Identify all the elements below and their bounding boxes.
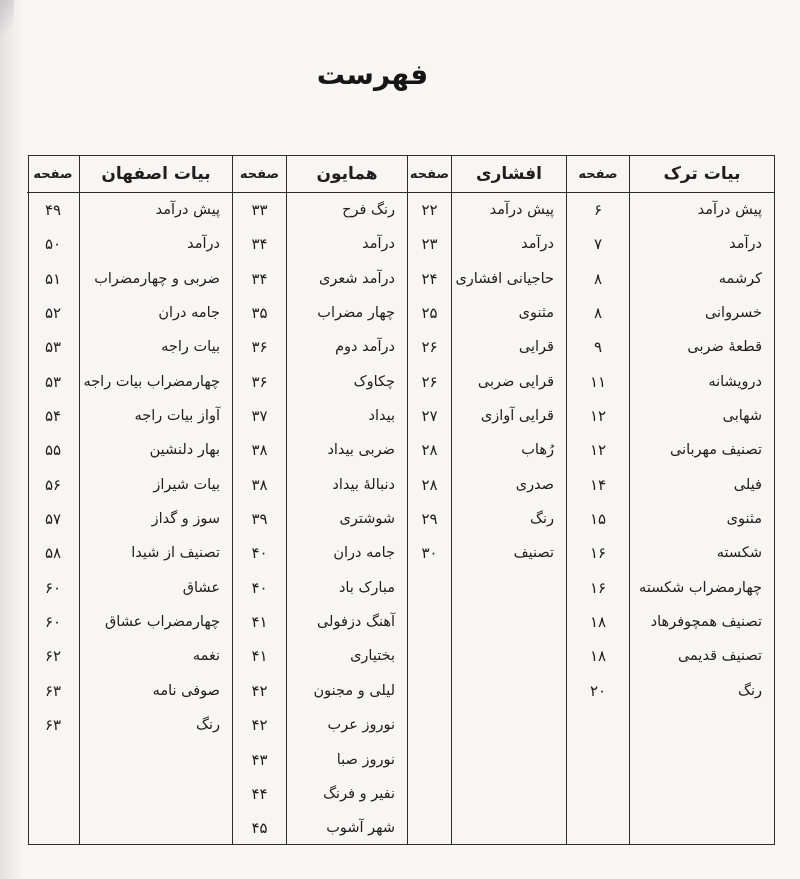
entry-name: حاجیانی افشاری bbox=[452, 262, 566, 296]
entry-page: ۸ bbox=[567, 262, 629, 296]
entry-page: ۶۰ bbox=[27, 571, 79, 605]
entry-name: مثنوی bbox=[630, 502, 774, 536]
page-title: فهرست bbox=[0, 58, 745, 91]
entry-page: ۲۲ bbox=[408, 193, 451, 227]
entry-page: ۷ bbox=[567, 227, 629, 261]
entry-name: بیداد bbox=[287, 399, 407, 433]
entry-name: تصنیف از شیدا bbox=[80, 536, 232, 570]
entry-page: ۳۶ bbox=[233, 330, 286, 364]
entry-name: مثنوی bbox=[452, 296, 566, 330]
entry-page: ۳۴ bbox=[233, 227, 286, 261]
entry-name: شکسته bbox=[630, 536, 774, 570]
entry-name: بیات شیراز bbox=[80, 468, 232, 502]
page-column-header: صفحه bbox=[408, 156, 451, 193]
entry-page: ۶۳ bbox=[27, 674, 79, 708]
entry-page: ۴۵ bbox=[233, 811, 286, 845]
entry-page: ۲۸ bbox=[408, 468, 451, 502]
entry-page: ۲۴ bbox=[408, 262, 451, 296]
entry-page: ۲۵ bbox=[408, 296, 451, 330]
entry-page: ۵۴ bbox=[27, 399, 79, 433]
entry-name: چهار مضراب bbox=[287, 296, 407, 330]
entry-page: ۲۸ bbox=[408, 433, 451, 467]
section-title: افشاری bbox=[452, 156, 566, 193]
entry-name: رنگ bbox=[80, 708, 232, 742]
entry-page: ۴۳ bbox=[233, 743, 286, 777]
entry-name: فیلی bbox=[630, 468, 774, 502]
entry-page: ۳۵ bbox=[233, 296, 286, 330]
entry-name: تصنیف bbox=[452, 536, 566, 570]
section-title: بیات ترک bbox=[630, 156, 774, 193]
entry-name: پیش درآمد bbox=[452, 193, 566, 227]
page-column-header: صفحه bbox=[567, 156, 629, 193]
section-title: بیات اصفهان bbox=[80, 156, 232, 193]
entry-name: پیش درآمد bbox=[80, 193, 232, 227]
entry-page: ۵۵ bbox=[27, 433, 79, 467]
entry-name: رنگ bbox=[630, 674, 774, 708]
entry-page: ۳۴ bbox=[233, 262, 286, 296]
entry-page: ۱۵ bbox=[567, 502, 629, 536]
entry-name: کرشمه bbox=[630, 262, 774, 296]
entry-page: ۵۷ bbox=[27, 502, 79, 536]
entry-name: رنگ فرح bbox=[287, 193, 407, 227]
toc-table: بیات ترکپیش درآمددرآمدکرشمهخسروانیقطعهٔ … bbox=[28, 155, 775, 845]
entry-page: ۱۲ bbox=[567, 399, 629, 433]
scan-corner-shadow bbox=[0, 0, 14, 40]
page-column-header: صفحه bbox=[233, 156, 286, 193]
entry-name: درویشانه bbox=[630, 365, 774, 399]
entry-name: دنبالهٔ بیداد bbox=[287, 468, 407, 502]
entry-page: ۶ bbox=[567, 193, 629, 227]
entry-name: شهر آشوب bbox=[287, 811, 407, 845]
entry-name: آهنگ دزفولی bbox=[287, 605, 407, 639]
entry-name: تصنیف همچوفرهاد bbox=[630, 605, 774, 639]
entry-page: ۲۳ bbox=[408, 227, 451, 261]
entry-name: درآمد bbox=[630, 227, 774, 261]
page-column-2: صفحه۳۳۳۴۳۴۳۵۳۶۳۶۳۷۳۸۳۸۳۹۴۰۴۰۴۱۴۱۴۲۴۲۴۳۴۴… bbox=[232, 156, 286, 844]
entry-name: بیات راجه bbox=[80, 330, 232, 364]
page-column-header: صفحه bbox=[27, 156, 79, 193]
entry-name: ضربی و چهارمضراب bbox=[80, 262, 232, 296]
entry-name: صدری bbox=[452, 468, 566, 502]
entry-page: ۳۶ bbox=[233, 365, 286, 399]
page-column-1: صفحه۲۲۲۳۲۴۲۵۲۶۲۶۲۷۲۸۲۸۲۹۳۰ bbox=[407, 156, 451, 844]
entry-page: ۵۸ bbox=[27, 536, 79, 570]
entry-name: مبارک باد bbox=[287, 571, 407, 605]
entry-page: ۵۳ bbox=[27, 365, 79, 399]
entry-page: ۴۹ bbox=[27, 193, 79, 227]
entry-page: ۴۰ bbox=[233, 571, 286, 605]
entry-page: ۹ bbox=[567, 330, 629, 364]
page-column-0: صفحه۶۷۸۸۹۱۱۱۲۱۲۱۴۱۵۱۶۱۶۱۸۱۸۲۰ bbox=[566, 156, 629, 844]
entry-page: ۴۴ bbox=[233, 777, 286, 811]
entry-name: چهارمضراب شکسته bbox=[630, 571, 774, 605]
entry-name: قرایی ضربی bbox=[452, 365, 566, 399]
section-column-2: همایونرنگ فرحدرآمددرآمد شعریچهار مضرابدر… bbox=[286, 156, 407, 844]
entry-page: ۲۰ bbox=[567, 674, 629, 708]
entry-page: ۲۶ bbox=[408, 330, 451, 364]
entry-name: پیش درآمد bbox=[630, 193, 774, 227]
entry-page: ۱۶ bbox=[567, 571, 629, 605]
entry-name: چکاوک bbox=[287, 365, 407, 399]
entry-page: ۱۲ bbox=[567, 433, 629, 467]
entry-page: ۵۱ bbox=[27, 262, 79, 296]
entry-name: تصنیف قدیمی bbox=[630, 639, 774, 673]
entry-name: نوروز عرب bbox=[287, 708, 407, 742]
section-column-1: افشاریپیش درآمددرآمدحاجیانی افشاریمثنویق… bbox=[451, 156, 566, 844]
entry-name: صوفی نامه bbox=[80, 674, 232, 708]
entry-name: قرایی آوازی bbox=[452, 399, 566, 433]
entry-name: شوشتری bbox=[287, 502, 407, 536]
entry-page: ۲۷ bbox=[408, 399, 451, 433]
entry-page: ۴۲ bbox=[233, 708, 286, 742]
entry-page: ۳۸ bbox=[233, 468, 286, 502]
entry-name: جامه دران bbox=[287, 536, 407, 570]
entry-page: ۴۱ bbox=[233, 605, 286, 639]
entry-name: نغمه bbox=[80, 639, 232, 673]
section-column-3: بیات اصفهانپیش درآمددرآمدضربی و چهارمضرا… bbox=[79, 156, 232, 844]
page-column-3: صفحه۴۹۵۰۵۱۵۲۵۳۵۳۵۴۵۵۵۶۵۷۵۸۶۰۶۰۶۲۶۳۶۳ bbox=[27, 156, 79, 844]
entry-page: ۶۰ bbox=[27, 605, 79, 639]
section-title: همایون bbox=[287, 156, 407, 193]
entry-name: درآمد bbox=[452, 227, 566, 261]
entry-name: قطعهٔ ضربی bbox=[630, 330, 774, 364]
entry-page: ۲۶ bbox=[408, 365, 451, 399]
entry-name: چهارمضراب عشاق bbox=[80, 605, 232, 639]
entry-page: ۳۰ bbox=[408, 536, 451, 570]
entry-name: بهار دلنشین bbox=[80, 433, 232, 467]
entry-page: ۸ bbox=[567, 296, 629, 330]
entry-name: چهارمضراب بیات راجه bbox=[80, 365, 232, 399]
entry-page: ۵۶ bbox=[27, 468, 79, 502]
entry-page: ۵۳ bbox=[27, 330, 79, 364]
entry-page: ۱۶ bbox=[567, 536, 629, 570]
entry-name: جامه دران bbox=[80, 296, 232, 330]
entry-name: نفیر و فرنگ bbox=[287, 777, 407, 811]
entry-page: ۶۲ bbox=[27, 639, 79, 673]
entry-page: ۶۳ bbox=[27, 708, 79, 742]
entry-page: ۱۴ bbox=[567, 468, 629, 502]
entry-page: ۳۸ bbox=[233, 433, 286, 467]
entry-page: ۱۸ bbox=[567, 605, 629, 639]
entry-name: رنگ bbox=[452, 502, 566, 536]
entry-name: درآمد bbox=[80, 227, 232, 261]
entry-name: شهابی bbox=[630, 399, 774, 433]
entry-page: ۳۳ bbox=[233, 193, 286, 227]
scan-left-shadow bbox=[0, 0, 26, 879]
entry-name: نوروز صبا bbox=[287, 743, 407, 777]
entry-page: ۵۲ bbox=[27, 296, 79, 330]
entry-name: ضربی بیداد bbox=[287, 433, 407, 467]
scanned-toc-page: فهرست بیات ترکپیش درآمددرآمدکرشمهخسروانی… bbox=[0, 0, 800, 879]
entry-page: ۲۹ bbox=[408, 502, 451, 536]
entry-page: ۳۹ bbox=[233, 502, 286, 536]
entry-name: بختیاری bbox=[287, 639, 407, 673]
entry-page: ۵۰ bbox=[27, 227, 79, 261]
entry-name: درآمد bbox=[287, 227, 407, 261]
entry-name: آواز بیات راجه bbox=[80, 399, 232, 433]
entry-page: ۱۸ bbox=[567, 639, 629, 673]
entry-page: ۴۰ bbox=[233, 536, 286, 570]
section-column-0: بیات ترکپیش درآمددرآمدکرشمهخسروانیقطعهٔ … bbox=[629, 156, 774, 844]
entry-name: رُهاب bbox=[452, 433, 566, 467]
entry-name: لیلی و مجنون bbox=[287, 674, 407, 708]
entry-page: ۴۲ bbox=[233, 674, 286, 708]
entry-page: ۴۱ bbox=[233, 639, 286, 673]
entry-name: قرایی bbox=[452, 330, 566, 364]
entry-name: سوز و گداز bbox=[80, 502, 232, 536]
entry-page: ۱۱ bbox=[567, 365, 629, 399]
entry-page: ۳۷ bbox=[233, 399, 286, 433]
entry-name: خسروانی bbox=[630, 296, 774, 330]
entry-name: تصنیف مهربانی bbox=[630, 433, 774, 467]
entry-name: درآمد دوم bbox=[287, 330, 407, 364]
entry-name: درآمد شعری bbox=[287, 262, 407, 296]
entry-name: عشاق bbox=[80, 571, 232, 605]
